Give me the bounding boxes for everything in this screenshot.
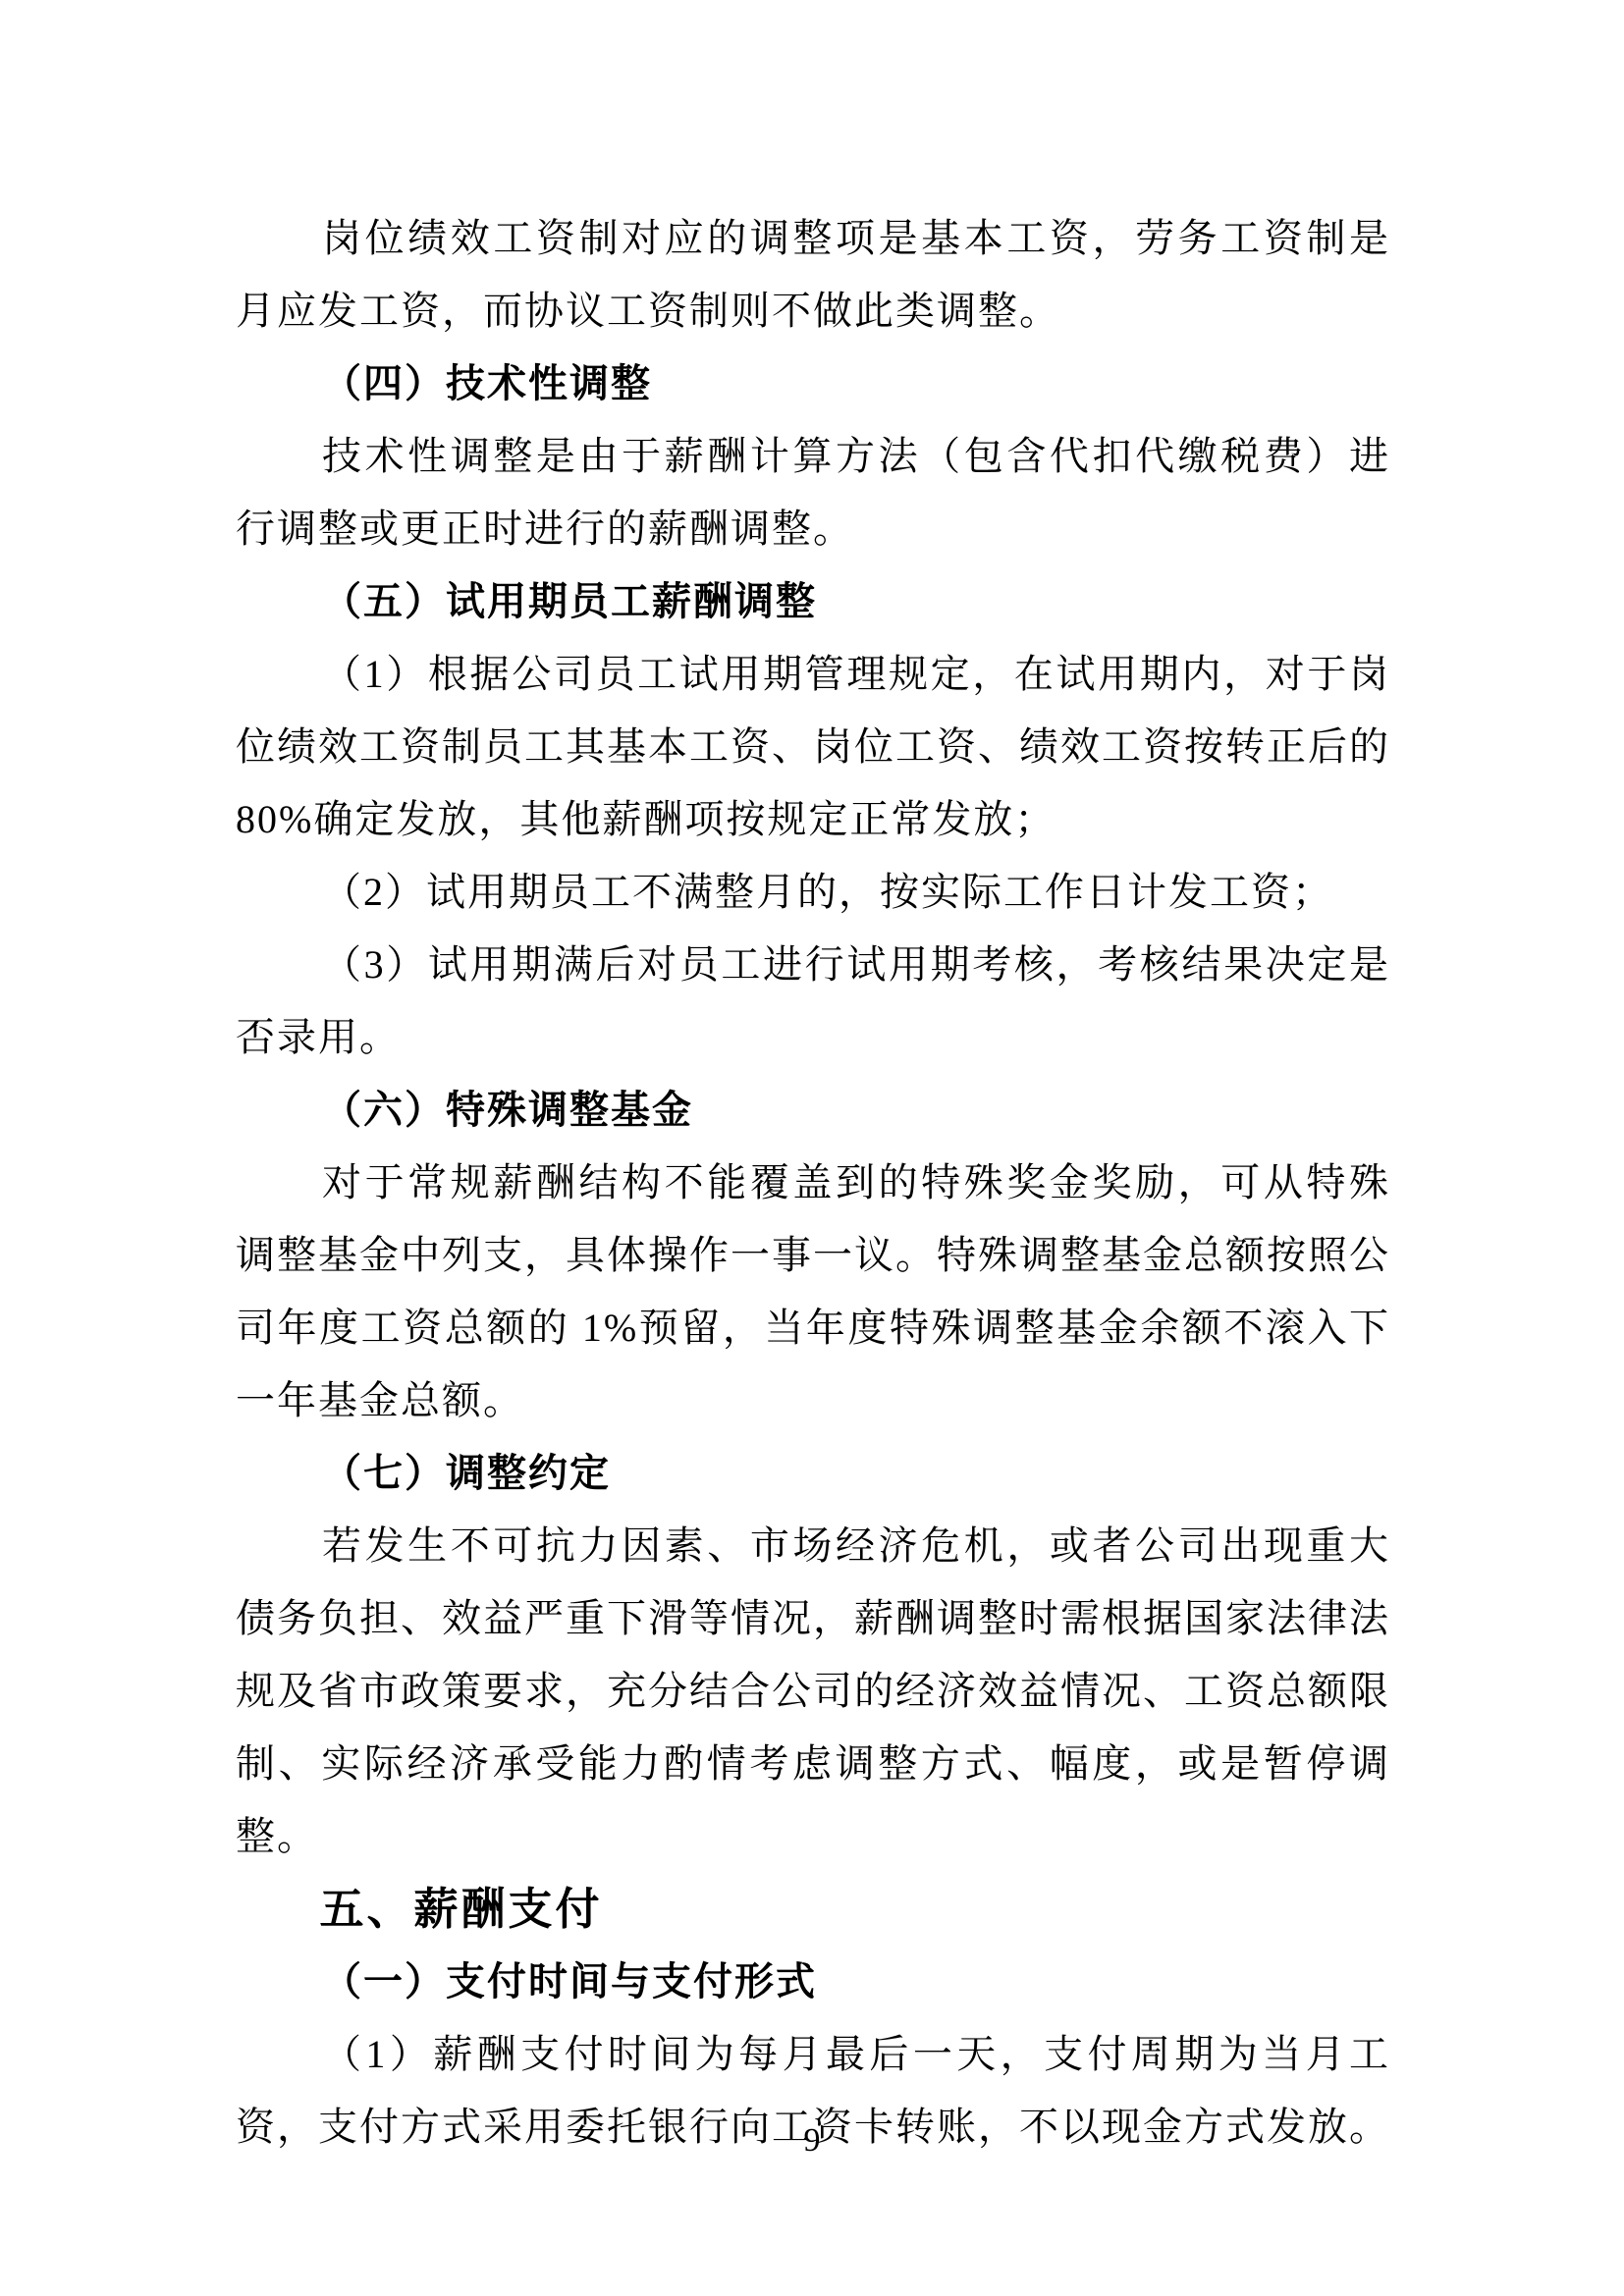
heading-section-6-special-fund: （六）特殊调整基金 xyxy=(236,1074,1390,1147)
paragraph-probation-item-1: （1）根据公司员工试用期管理规定，在试用期内，对于岗位绩效工资制员工其基本工资、… xyxy=(236,638,1390,856)
paragraph-technical-adjust-desc: 技术性调整是由于薪酬计算方法（包含代扣代缴税费）进行调整或更正时进行的薪酬调整。 xyxy=(236,420,1390,565)
heading-section-5-probation-adjust: （五）试用期员工薪酬调整 xyxy=(236,565,1390,638)
heading-section-1-payment-time-form: （一）支付时间与支付形式 xyxy=(236,1946,1390,2018)
paragraph-probation-item-2: （2）试用期员工不满整月的，按实际工作日计发工资； xyxy=(236,856,1390,929)
paragraph-adjust-agreement-desc: 若发生不可抗力因素、市场经济危机，或者公司出现重大债务负担、效益严重下滑等情况，… xyxy=(236,1510,1390,1873)
document-content: 岗位绩效工资制对应的调整项是基本工资，劳务工资制是月应发工资，而协议工资制则不做… xyxy=(236,202,1390,2163)
document-page: 岗位绩效工资制对应的调整项是基本工资，劳务工资制是月应发工资，而协议工资制则不做… xyxy=(0,0,1624,2296)
paragraph-probation-item-3: （3）试用期满后对员工进行试用期考核，考核结果决定是否录用。 xyxy=(236,929,1390,1074)
paragraph-special-fund-desc: 对于常规薪酬结构不能覆盖到的特殊奖金奖励，可从特殊调整基金中列支，具体操作一事一… xyxy=(236,1147,1390,1437)
heading-chapter-5-salary-payment: 五、薪酬支付 xyxy=(236,1873,1390,1946)
heading-section-7-adjust-agreement: （七）调整约定 xyxy=(236,1437,1390,1510)
page-number: 9 xyxy=(0,2118,1624,2163)
heading-section-4-technical-adjust: （四）技术性调整 xyxy=(236,347,1390,420)
paragraph-salary-adjust-items: 岗位绩效工资制对应的调整项是基本工资，劳务工资制是月应发工资，而协议工资制则不做… xyxy=(236,202,1390,347)
